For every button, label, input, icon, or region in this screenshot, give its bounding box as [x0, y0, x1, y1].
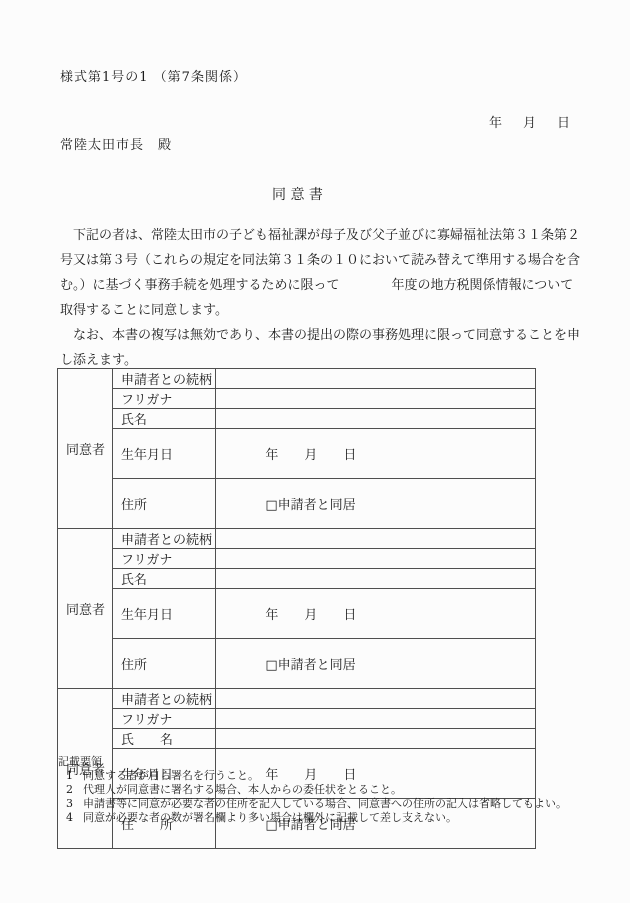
table-row: 生年月日 年月日: [58, 429, 536, 479]
address-cell: □申請者と同居: [216, 639, 536, 689]
consenter-cell: 同意者: [58, 369, 113, 529]
note-number: 3: [66, 797, 83, 811]
note-number: 2: [66, 783, 83, 797]
table-row: 同意者 申請者との続柄: [58, 689, 536, 709]
body-line: 号又は第３号（これらの規定を同法第３１条の１０において読み替えて準用する場合を含: [60, 248, 580, 273]
addressee: 常陸太田市長 殿: [60, 134, 172, 153]
table-row: 同意者 申請者との続柄: [58, 369, 536, 389]
cohabit-label: 申請者と同居: [278, 658, 356, 673]
day-label: 日: [557, 112, 570, 131]
birthdate-cell: 年月日: [216, 429, 536, 479]
cohabit-label: 申請者と同居: [278, 498, 356, 513]
day-label: 日: [343, 444, 356, 463]
body-text: 下記の者は、常陸太田市の子ども福祉課が母子及び父子並びに寡婦福祉法第３１条第２ …: [60, 223, 580, 373]
table-row: 生年月日 年月日: [58, 589, 536, 639]
field-label-furigana: フリガナ: [113, 389, 216, 409]
field-label-address: 住所: [113, 639, 216, 689]
body-line: 取得することに同意します。: [60, 298, 580, 323]
consenter-cell: 同意者: [58, 529, 113, 689]
note-item: 4 同意が必要な者の数が署名欄より多い場合は欄外に記載して差し支えない。: [66, 811, 598, 825]
checkbox-icon: □: [265, 498, 277, 513]
note-text: 代理人が同意書に署名する場合、本人からの委任状をとること。: [83, 783, 402, 797]
table-row: 住所 □申請者と同居: [58, 479, 536, 529]
birthdate-cell: 年月日: [216, 589, 536, 639]
body-line: 下記の者は、常陸太田市の子ども福祉課が母子及び父子並びに寡婦福祉法第３１条第２: [60, 223, 580, 248]
field-label-birthdate: 生年月日: [113, 589, 216, 639]
table-row: 住所 □申請者と同居: [58, 639, 536, 689]
table-row: フリガナ: [58, 709, 536, 729]
month-label: 月: [304, 604, 317, 623]
checkbox-icon: □: [265, 658, 277, 673]
field-label-address: 住所: [113, 479, 216, 529]
note-text: 同意する者が自ら署名を行うこと。: [83, 769, 259, 783]
note-item: 1 同意する者が自ら署名を行うこと。: [66, 769, 598, 783]
body-line: む。）に基づく事務手続を処理するために限って 年度の地方税関係情報について: [60, 273, 580, 298]
month-label: 月: [304, 444, 317, 463]
table-row: 氏名: [58, 569, 536, 589]
table-row: 氏名: [58, 409, 536, 429]
note-text: 申請書等に同意が必要な者の住所を記入している場合、同意書への住所の記入は省略して…: [83, 797, 567, 811]
field-label-name: 氏 名: [113, 729, 216, 749]
field-value-name: [216, 409, 536, 429]
field-value-furigana: [216, 709, 536, 729]
year-label: 年: [265, 444, 278, 463]
note-number: 1: [66, 769, 83, 783]
note-item: 3 申請書等に同意が必要な者の住所を記入している場合、同意書への住所の記入は省略…: [66, 797, 598, 811]
table-row: 同意者 申請者との続柄: [58, 529, 536, 549]
table-row: フリガナ: [58, 549, 536, 569]
field-label-furigana: フリガナ: [113, 709, 216, 729]
field-value-relation: [216, 529, 536, 549]
field-value-furigana: [216, 549, 536, 569]
document-title: 同 意 書: [272, 184, 323, 204]
table-row: 氏 名: [58, 729, 536, 749]
field-label-relation: 申請者との続柄: [113, 369, 216, 389]
field-value-furigana: [216, 389, 536, 409]
field-label-relation: 申請者との続柄: [113, 529, 216, 549]
note-number: 4: [66, 811, 83, 825]
year-label: 年: [489, 112, 502, 131]
month-label: 月: [523, 112, 536, 131]
field-label-furigana: フリガナ: [113, 549, 216, 569]
field-value-relation: [216, 689, 536, 709]
form-number: 様式第1号の1 （第7条関係）: [60, 66, 247, 85]
table-row: フリガナ: [58, 389, 536, 409]
note-text: 同意が必要な者の数が署名欄より多い場合は欄外に記載して差し支えない。: [83, 811, 457, 825]
field-label-name: 氏名: [113, 569, 216, 589]
field-label-name: 氏名: [113, 409, 216, 429]
notes-heading: 記載要領: [58, 755, 598, 769]
date-line: 年 月 日: [0, 112, 570, 131]
field-label-relation: 申請者との続柄: [113, 689, 216, 709]
field-value-name: [216, 729, 536, 749]
document-page: 様式第1号の1 （第7条関係） 年 月 日 常陸太田市長 殿 同 意 書 下記の…: [0, 0, 630, 903]
field-value-name: [216, 569, 536, 589]
year-label: 年: [265, 604, 278, 623]
address-cell: □申請者と同居: [216, 479, 536, 529]
notes-section: 記載要領 1 同意する者が自ら署名を行うこと。 2 代理人が同意書に署名する場合…: [58, 755, 598, 825]
note-item: 2 代理人が同意書に署名する場合、本人からの委任状をとること。: [66, 783, 598, 797]
body-line: なお、本書の複写は無効であり、本書の提出の際の事務処理に限って同意することを申: [60, 323, 580, 348]
field-label-birthdate: 生年月日: [113, 429, 216, 479]
day-label: 日: [343, 604, 356, 623]
field-value-relation: [216, 369, 536, 389]
